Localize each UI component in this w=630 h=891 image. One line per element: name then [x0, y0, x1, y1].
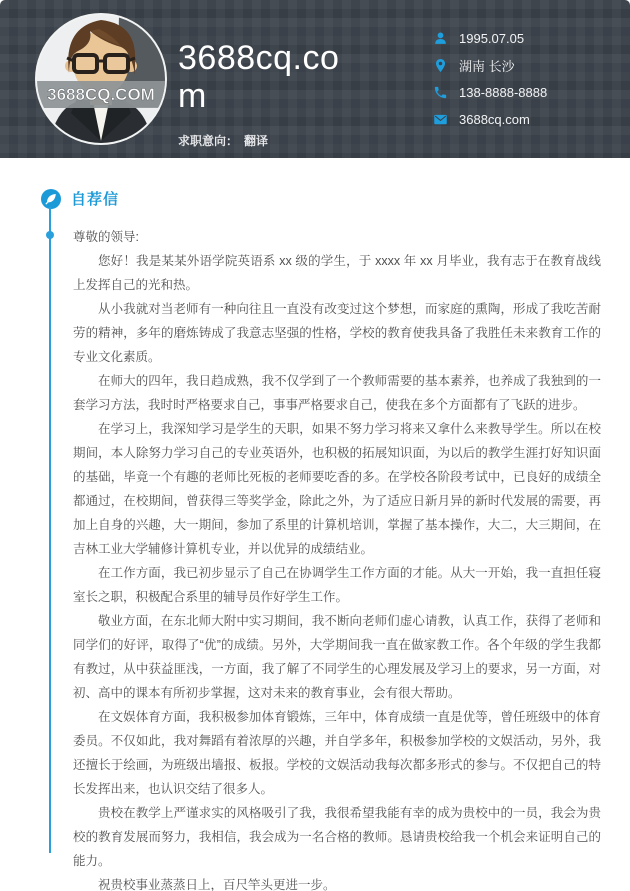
letter-paragraph: 敬业方面，在东北师大附中实习期间，我不断向老师们虚心请教，认真工作，获得了老师和… [73, 609, 601, 705]
contact-list: 1995.07.05 湖南 长沙 138-8888-8888 [433, 25, 547, 133]
timeline-dot [46, 231, 54, 239]
letter-paragraph: 您好！我是某某外语学院英语系 xx 级的学生，于 xxxx 年 xx 月毕业，我… [73, 249, 601, 297]
salutation: 尊敬的领导: [73, 225, 601, 249]
job-intent-label: 求职意向： [178, 134, 238, 148]
cover-letter-section: 自荐信 尊敬的领导: 您好！我是某某外语学院英语系 xx 级的学生，于 xxxx… [0, 158, 630, 891]
letter-paragraph: 从小我就对当老师有一种向往且一直没有改变过这个梦想，而家庭的熏陶，形成了我吃苦耐… [73, 297, 601, 369]
avatar-illustration: 3688CQ.COM [33, 11, 169, 147]
job-intent-value: 翻译 [244, 134, 268, 148]
contact-email: 3688cq.com [459, 112, 530, 127]
contact-birthday: 1995.07.05 [459, 31, 524, 46]
contact-phone: 138-8888-8888 [459, 85, 547, 100]
email-icon [433, 112, 448, 127]
section-title: 自荐信 [71, 188, 119, 209]
contact-row-location: 湖南 长沙 [433, 52, 547, 79]
contact-location: 湖南 长沙 [459, 56, 515, 75]
letter-paragraph: 在工作方面，我已初步显示了自己在协调学生工作方面的才能。从大一开始，我一直担任寝… [73, 561, 601, 609]
letter-body: 尊敬的领导: 您好！我是某某外语学院英语系 xx 级的学生，于 xxxx 年 x… [73, 225, 601, 891]
paragraph-list: 您好！我是某某外语学院英语系 xx 级的学生，于 xxxx 年 xx 月毕业，我… [73, 249, 601, 891]
letter-paragraph: 祝贵校事业蒸蒸日上，百尺竿头更进一步。 [73, 873, 601, 891]
phone-icon [433, 85, 448, 100]
job-intent: 求职意向：翻译 [178, 132, 268, 149]
contact-row-email: 3688cq.com [433, 106, 547, 133]
contact-row-birthday: 1995.07.05 [433, 25, 547, 52]
candidate-name: 3688cq.com [178, 39, 354, 115]
avatar-watermark-text: 3688CQ.COM [47, 85, 155, 104]
letter-paragraph: 在学习上，我深知学习是学生的天职，如果不努力学习将来又拿什么来教导学生。所以在校… [73, 417, 601, 561]
header: 3688CQ.COM 3688cq.com 求职意向：翻译 1995.07.05 [0, 0, 630, 158]
avatar: 3688CQ.COM [33, 11, 169, 147]
letter-paragraph: 贵校在教学上严谨求实的风格吸引了我，我很希望我能有幸的成为贵校中的一员，我会为贵… [73, 801, 601, 873]
user-icon [433, 31, 448, 46]
location-icon [433, 58, 448, 73]
resume-page: 3688CQ.COM 3688cq.com 求职意向：翻译 1995.07.05 [0, 0, 630, 891]
timeline-line [49, 207, 51, 853]
letter-paragraph: 在师大的四年，我日趋成熟，我不仅学到了一个教师需要的基本素养，也养成了我独到的一… [73, 369, 601, 417]
contact-row-phone: 138-8888-8888 [433, 79, 547, 106]
letter-paragraph: 在文娱体育方面，我积极参加体育锻炼，三年中，体育成绩一直是优等，曾任班级中的体育… [73, 705, 601, 801]
leaf-icon [41, 189, 61, 209]
section-header: 自荐信 [41, 158, 630, 209]
